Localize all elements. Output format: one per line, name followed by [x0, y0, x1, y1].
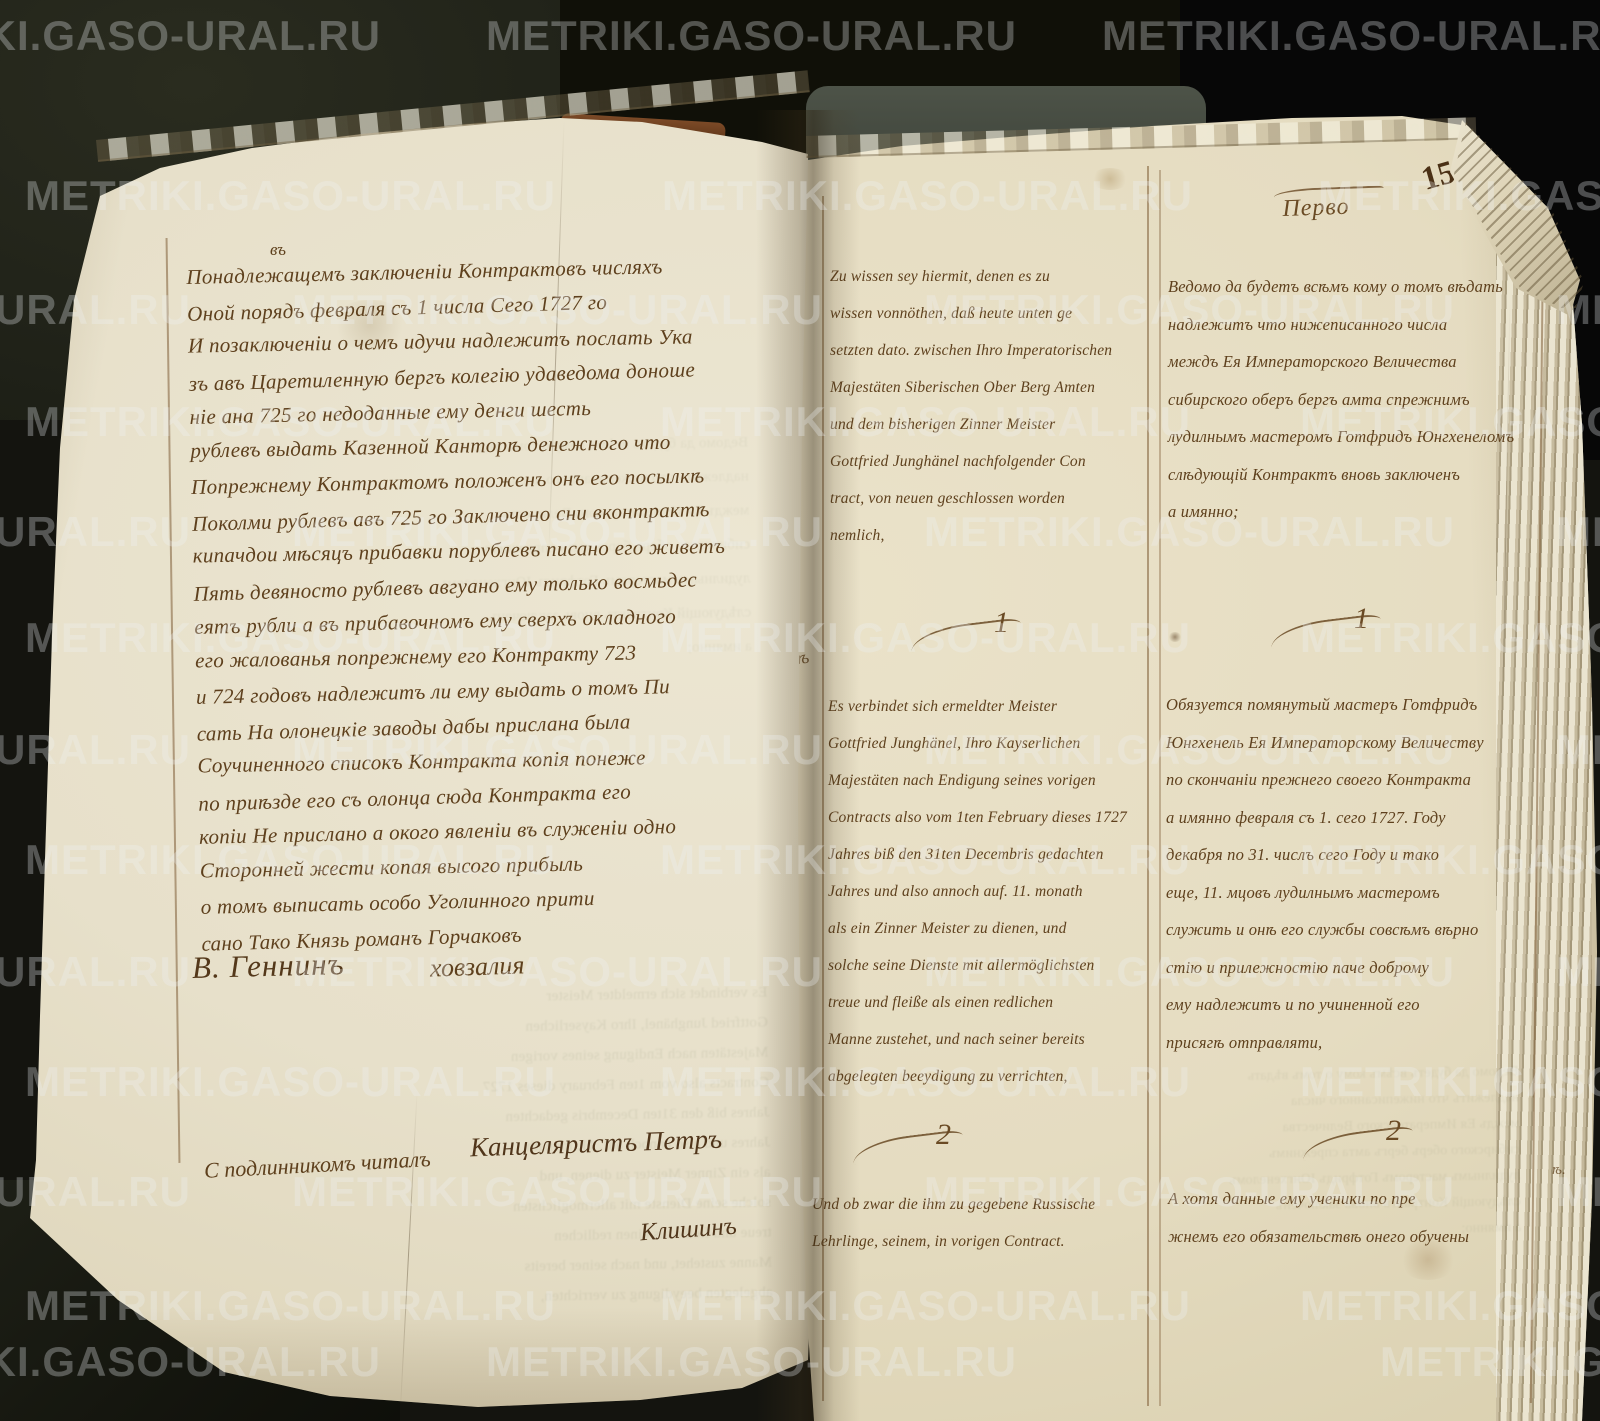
german-section-1-marker: 1: [908, 606, 1009, 640]
german-section-1-paragraph: Es verbindet sich ermeldter MeisterGottf…: [828, 688, 1150, 1095]
text-line: Gottfried Junghänel, Ihro Kayserlichen: [828, 725, 1150, 762]
text-line: Majestäten Siberischen Ober Berg Amten: [830, 369, 1150, 406]
text-line: слѣдующiй Контрактъ вновь заключенъ: [1168, 456, 1528, 494]
text-line: Jahres biß den 31ten Decembris gedachten: [828, 836, 1150, 873]
text-line: декабря по 31. числъ сего Году и тако: [1166, 836, 1528, 874]
text-line: жнемъ его обязательствѣ онего обучены: [1168, 1218, 1530, 1256]
text-line: Manne zustehet, und nach seiner bereits: [828, 1021, 1150, 1058]
russian-section-2-marker: 2: [1300, 1114, 1401, 1148]
german-intro-paragraph: Zu wissen sey hiermit, denen es zuwissen…: [830, 258, 1150, 554]
text-line: Lehrlinge, seinem, in vorigen Contract.: [812, 1223, 1152, 1260]
text-line: treue und fleiße als einen redlichen: [828, 984, 1150, 1021]
text-line: служить и онѣ его службы совсѣмъ вѣрно: [1166, 911, 1528, 949]
ink-blot: [1168, 632, 1182, 642]
text-line: Jahres und also annoch auf. 11. monath: [828, 873, 1150, 910]
left-page-text-block: Понадлежащемъ заключенiи Контрактовъ чис…: [186, 246, 827, 960]
text-line: Обязуется помянутый мастеръ Готфридъ: [1166, 686, 1528, 724]
russian-section-1-paragraph: Обязуется помянутый мастеръ ГотфридъЮнгх…: [1166, 686, 1528, 1061]
text-line: еще, 11. мцовъ лудилнымъ мастеромъ: [1166, 874, 1528, 912]
heading-text: Перво: [1282, 194, 1350, 223]
russian-section-2-paragraph: А хотя данные ему ученики по прежнемъ ег…: [1168, 1180, 1530, 1255]
text-line: solche seine Dienste mit allermöglichste…: [828, 947, 1150, 984]
text-line: ему надлежитъ и по учиненной его: [1166, 986, 1528, 1024]
paper-stain: [1090, 168, 1130, 190]
text-line: Zu wissen sey hiermit, denen es zu: [830, 258, 1150, 295]
text-line: abgelegten beeydigung zu verrichten,: [828, 1058, 1150, 1095]
text-line: надлежитъ что нижеписанного числа: [1168, 306, 1528, 344]
text-line: по скончанiи прежнего своего Контракта: [1166, 761, 1528, 799]
russian-intro-paragraph: Ведомо да будетъ всѣмъ кому о томъ вѣдат…: [1168, 268, 1528, 531]
russian-section-1-marker: 1: [1268, 602, 1369, 636]
section-number: 2: [1386, 1114, 1401, 1148]
edge-mark: ѣ.: [1552, 1162, 1566, 1179]
text-line: присягѣ отправляти,: [1166, 1024, 1528, 1062]
text-line: tract, von neuen geschlossen worden: [830, 480, 1150, 517]
text-line: wissen vonnöthen, daß heute unten ge: [830, 295, 1150, 332]
text-line: Contracts also vom 1ten February dieses …: [828, 799, 1150, 836]
text-line: und dem bisherigen Zinner Meister: [830, 406, 1150, 443]
german-section-2-paragraph: Und ob zwar die ihm zu gegebene Russisch…: [812, 1186, 1152, 1260]
section-number: 1: [994, 606, 1009, 640]
text-line: междъ Ея Императорского Величества: [1168, 343, 1528, 381]
text-line: сибирского оберъ бергъ амта спрежнимъ: [1168, 381, 1528, 419]
book-gutter-shadow: [756, 110, 860, 1421]
text-line: setzten dato. zwischen Ihro Imperatorisc…: [830, 332, 1150, 369]
section-number: 2: [936, 1118, 951, 1152]
text-line: а имянно;: [1168, 493, 1528, 531]
section-number: 1: [1354, 602, 1369, 636]
manuscript-scan: Ведомо да будетъ всѣмъ кому о томъ вѣдат…: [0, 0, 1600, 1421]
signature-gennin: В. Геннинъ: [192, 946, 346, 986]
text-line: А хотя данные ему ученики по пре: [1168, 1180, 1530, 1218]
text-line: лудилнымъ мастеромъ Готфридъ Юнгхенеломъ: [1168, 418, 1528, 456]
text-line: стiю и прилежностiю паче доброму: [1166, 949, 1528, 987]
text-line: als ein Zinner Meister zu dienen, und: [828, 910, 1150, 947]
column-divider-rule: [1159, 170, 1161, 1406]
text-line: Und ob zwar die ihm zu gegebene Russisch…: [812, 1186, 1152, 1223]
text-line: Gottfried Junghänel nachfolgender Con: [830, 443, 1150, 480]
german-section-2-marker: 2: [850, 1118, 951, 1152]
text-line: а имянно февраля съ 1. сего 1727. Году: [1166, 799, 1528, 837]
text-line: nemlich,: [830, 517, 1150, 554]
signature-flourish: ховзалия: [430, 950, 525, 983]
text-line: Юнгхенель Ея Императорскому Величеству: [1166, 724, 1528, 762]
text-line: Majestäten nach Endigung seines vorigen: [828, 762, 1150, 799]
text-line: Es verbindet sich ermeldter Meister: [828, 688, 1150, 725]
text-line: Ведомо да будетъ всѣмъ кому о томъ вѣдат…: [1168, 268, 1528, 306]
